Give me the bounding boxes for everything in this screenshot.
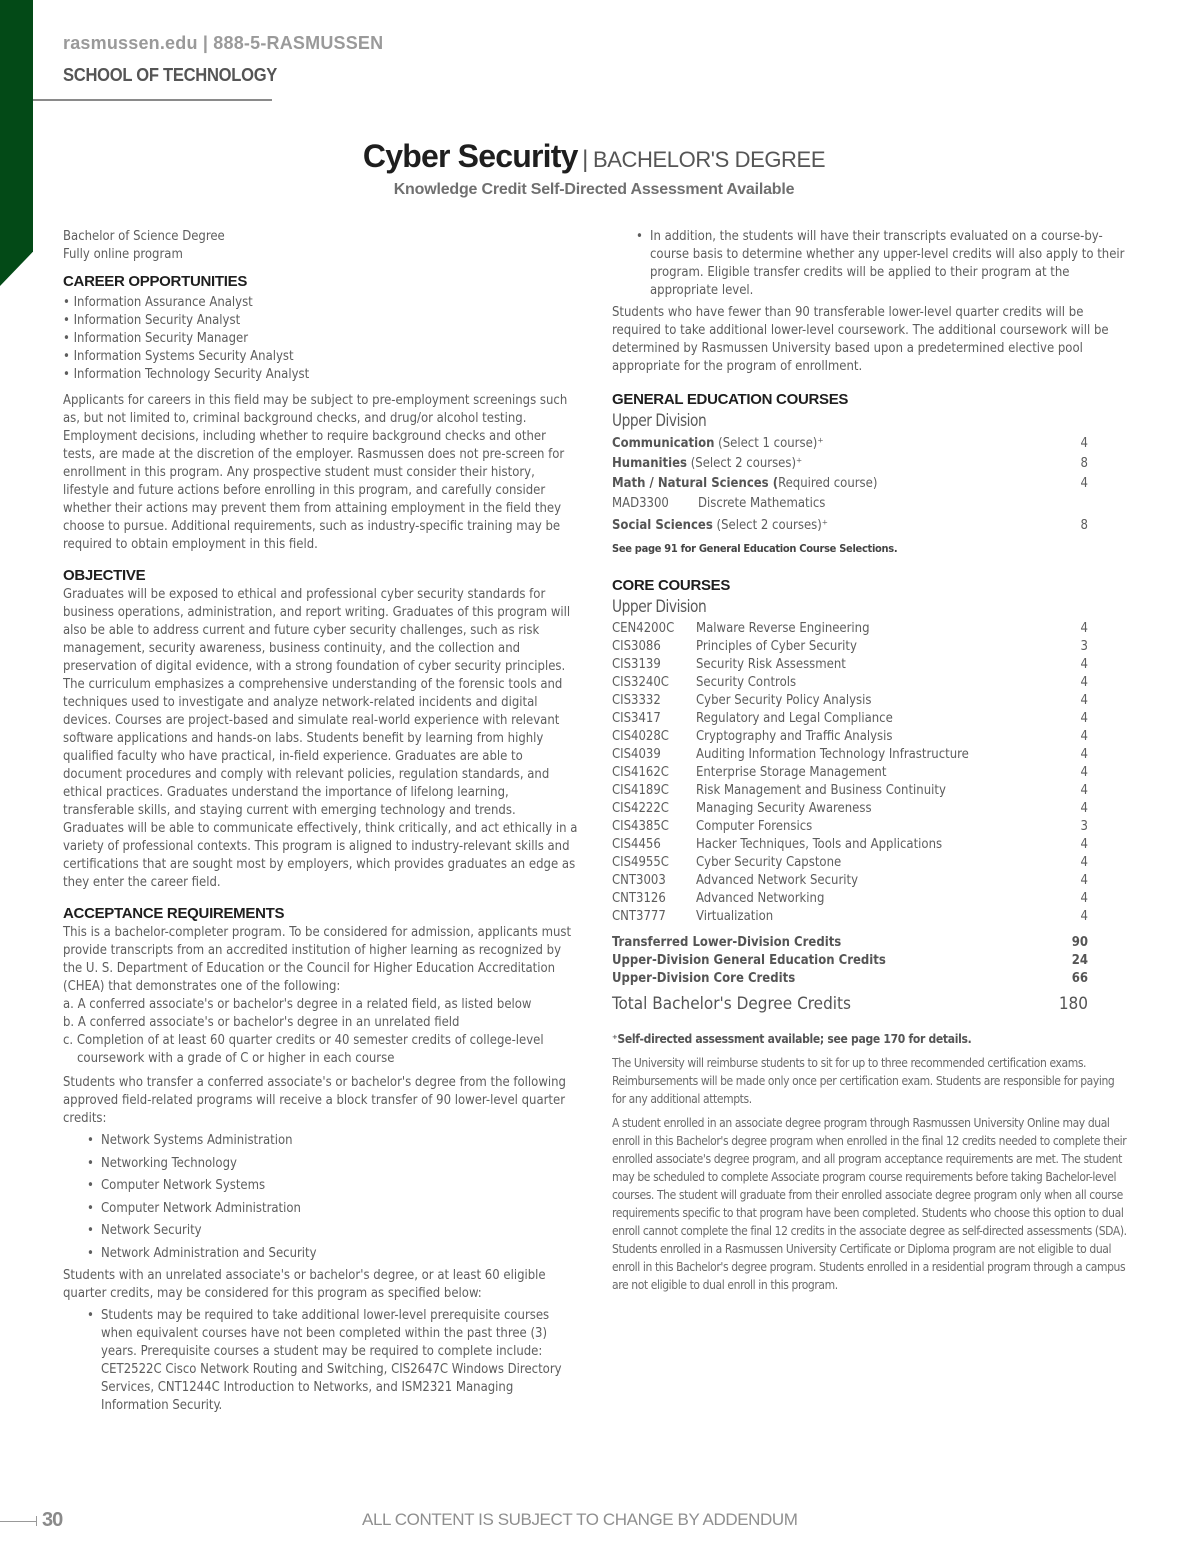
unrelated-bullets: Students may be required to take additio… [63, 1307, 578, 1415]
list-item: Students may be required to take additio… [87, 1307, 578, 1415]
gen-ed-row: Communication (Select 1 course)⁺ 4 [612, 434, 1088, 454]
gen-ed-note[interactable]: See page 91 for General Education Course… [612, 540, 1127, 558]
page-subtitle: Knowledge Credit Self-Directed Assessmen… [0, 181, 1188, 199]
left-column: Bachelor of Science Degree Fully online … [63, 228, 578, 1415]
list-item: Network Security [87, 1222, 578, 1240]
course-credits: 4 [1068, 908, 1088, 926]
course-code: CIS4028C [612, 728, 696, 746]
sda-note[interactable]: ⁺Self-directed assessment available; see… [612, 1030, 1127, 1048]
list-item: Network Systems Administration [87, 1132, 578, 1150]
course-code: CIS3332 [612, 692, 696, 710]
core-course-row: CNT3777 Virtualization4 [612, 908, 1088, 926]
core-course-row: CIS4222CManaging Security Awareness4 [612, 800, 1088, 818]
unrelated-bullets-continued: In addition, the students will have thei… [612, 228, 1126, 300]
core-course-row: CIS4385CComputer Forensics3 [612, 818, 1088, 836]
course-credits: 4 [1068, 656, 1088, 674]
course-code: CIS4039 [612, 746, 696, 764]
page-number: 30 [42, 1509, 62, 1532]
unrelated-intro: Students with an unrelated associate's o… [63, 1267, 578, 1303]
course-code: CIS4385C [612, 818, 696, 836]
page-title-block: Cyber Security | BACHELOR'S DEGREE Knowl… [0, 138, 1188, 199]
course-name: Cryptography and Traffic Analysis [696, 728, 1068, 746]
course-code: CIS3240C [612, 674, 696, 692]
list-item: Computer Network Administration [87, 1200, 578, 1218]
course-name: Regulatory and Legal Compliance [696, 710, 1068, 728]
course-name: Hacker Techniques, Tools and Application… [696, 836, 1068, 854]
acceptance-option-b: b. A conferred associate's or bachelor's… [63, 1014, 578, 1032]
page-title: Cyber Security | BACHELOR'S DEGREE [0, 138, 1188, 175]
credit-totals: Transferred Lower-Division Credits 90 Up… [612, 934, 1127, 1016]
list-item: • Information Systems Security Analyst [63, 348, 578, 366]
course-name: Advanced Network Security [696, 872, 1068, 890]
core-course-row: CNT3003Advanced Network Security4 [612, 872, 1088, 890]
title-separator: | [582, 146, 588, 173]
core-course-row: CIS3417Regulatory and Legal Compliance4 [612, 710, 1088, 728]
list-item: • Information Technology Security Analys… [63, 366, 578, 384]
header-divider [33, 99, 272, 101]
course-name: Discrete Mathematics [698, 494, 825, 514]
course-credits: 3 [1068, 818, 1088, 836]
list-item: In addition, the students will have thei… [636, 228, 1126, 300]
course-code: CNT3003 [612, 872, 696, 890]
list-item: • Information Security Analyst [63, 312, 578, 330]
addendum-notice: ALL CONTENT IS SUBJECT TO CHANGE BY ADDE… [362, 1510, 798, 1530]
gen-ed-division: Upper Division [612, 412, 1076, 430]
course-code: CIS4162C [612, 764, 696, 782]
acceptance-option-c: c. Completion of at least 60 quarter cre… [63, 1032, 578, 1068]
credits-value: 4 [1081, 434, 1088, 454]
course-name: Malware Reverse Engineering [696, 620, 1068, 638]
program-name: Cyber Security [363, 138, 578, 174]
core-course-row: CEN4200CMalware Reverse Engineering4 [612, 620, 1088, 638]
career-disclaimer: Applicants for careers in this field may… [63, 392, 578, 554]
course-credits: 4 [1068, 854, 1088, 872]
course-name: Managing Security Awareness [696, 800, 1068, 818]
acceptance-option-a: a. A conferred associate's or bachelor's… [63, 996, 578, 1014]
course-credits: 4 [1068, 890, 1088, 908]
right-column: In addition, the students will have thei… [612, 228, 1127, 1294]
course-name: Virtualization [696, 908, 1068, 926]
objective-heading: OBJECTIVE [63, 566, 578, 586]
gen-ed-heading: GENERAL EDUCATION COURSES [612, 390, 1127, 410]
core-course-row: CIS3086Principles of Cyber Security3 [612, 638, 1088, 656]
course-code: CNT3126 [612, 890, 696, 908]
core-course-row: CIS4456Hacker Techniques, Tools and Appl… [612, 836, 1088, 854]
course-name: Auditing Information Technology Infrastr… [696, 746, 1068, 764]
site-contact-line[interactable]: rasmussen.edu | 888-5-RASMUSSEN [63, 33, 383, 54]
core-course-row: CIS4955CCyber Security Capstone4 [612, 854, 1088, 872]
school-name: SCHOOL OF TECHNOLOGY [63, 65, 277, 86]
core-course-list: CEN4200CMalware Reverse Engineering4CIS3… [612, 620, 1127, 926]
core-course-row: CIS4039Auditing Information Technology I… [612, 746, 1088, 764]
list-item: Network Administration and Security [87, 1245, 578, 1263]
list-item: Networking Technology [87, 1155, 578, 1173]
course-credits: 4 [1068, 872, 1088, 890]
course-credits: 4 [1068, 620, 1088, 638]
core-course-row: CNT3126Advanced Networking4 [612, 890, 1088, 908]
course-name: Cyber Security Policy Analysis [696, 692, 1068, 710]
course-credits: 4 [1068, 836, 1088, 854]
course-name: Cyber Security Capstone [696, 854, 1068, 872]
core-course-row: CIS3332Cyber Security Policy Analysis4 [612, 692, 1088, 710]
total-row: Transferred Lower-Division Credits 90 [612, 934, 1088, 952]
core-heading: CORE COURSES [612, 576, 1127, 596]
course-code: CIS3417 [612, 710, 696, 728]
course-credits: 4 [1068, 674, 1088, 692]
career-list: • Information Assurance Analyst • Inform… [63, 294, 578, 384]
total-row: Upper-Division General Education Credits… [612, 952, 1088, 970]
course-code: MAD3300 [612, 494, 698, 514]
core-course-row: CIS4189CRisk Management and Business Con… [612, 782, 1088, 800]
career-heading: CAREER OPPORTUNITIES [63, 272, 578, 292]
core-course-row: CIS4028CCryptography and Traffic Analysi… [612, 728, 1088, 746]
course-credits: 4 [1068, 692, 1088, 710]
core-division: Upper Division [612, 598, 1076, 616]
credits-value: 8 [1081, 516, 1088, 536]
acceptance-heading: ACCEPTANCE REQUIREMENTS [63, 904, 578, 924]
course-name: Security Risk Assessment [696, 656, 1068, 674]
course-code: CEN4200C [612, 620, 696, 638]
credits-value: 8 [1081, 454, 1088, 474]
degree-line: Bachelor of Science Degree [63, 228, 578, 246]
course-name: Security Controls [696, 674, 1068, 692]
footer-rule [0, 1521, 36, 1522]
course-code: CIS4189C [612, 782, 696, 800]
credits-value: 4 [1081, 474, 1088, 494]
course-code: CNT3777 [612, 908, 696, 926]
course-credits: 4 [1068, 764, 1088, 782]
course-credits: 4 [1068, 782, 1088, 800]
course-credits: 4 [1068, 800, 1088, 818]
approved-programs-list: Network Systems Administration Networkin… [63, 1132, 578, 1263]
reimbursement-note: The University will reimburse students t… [612, 1054, 1127, 1108]
transfer-intro: Students who transfer a conferred associ… [63, 1074, 578, 1128]
objective-text: Graduates will be exposed to ethical and… [63, 586, 578, 892]
delivery-line: Fully online program [63, 246, 578, 264]
gen-ed-course-row: MAD3300 Discrete Mathematics [612, 494, 1088, 514]
list-item: • Information Assurance Analyst [63, 294, 578, 312]
total-row: Upper-Division Core Credits 66 [612, 970, 1088, 988]
course-code: CIS4222C [612, 800, 696, 818]
gen-ed-row: Social Sciences (Select 2 courses)⁺ 8 [612, 516, 1088, 536]
degree-type: BACHELOR'S DEGREE [593, 147, 825, 172]
dual-enroll-note: A student enrolled in an associate degre… [612, 1114, 1127, 1294]
gen-ed-row: Humanities (Select 2 courses)⁺ 8 [612, 454, 1088, 474]
course-credits: 4 [1068, 728, 1088, 746]
fewer-credits-text: Students who have fewer than 90 transfer… [612, 304, 1127, 376]
course-name: Principles of Cyber Security [696, 638, 1068, 656]
grand-total-row: Total Bachelor's Degree Credits 180 [612, 992, 1088, 1016]
course-name: Advanced Networking [696, 890, 1068, 908]
course-code: CIS4955C [612, 854, 696, 872]
course-name: Computer Forensics [696, 818, 1068, 836]
course-credits: 3 [1068, 638, 1088, 656]
course-code: CIS3139 [612, 656, 696, 674]
course-code: CIS3086 [612, 638, 696, 656]
gen-ed-row: Math / Natural Sciences (Required course… [612, 474, 1088, 494]
footer-rule-tick [36, 1516, 37, 1526]
acceptance-intro: This is a bachelor-completer program. To… [63, 924, 578, 996]
core-course-row: CIS3240CSecurity Controls4 [612, 674, 1088, 692]
course-credits: 4 [1068, 746, 1088, 764]
course-name: Enterprise Storage Management [696, 764, 1068, 782]
list-item: • Information Security Manager [63, 330, 578, 348]
course-code: CIS4456 [612, 836, 696, 854]
core-course-row: CIS4162CEnterprise Storage Management4 [612, 764, 1088, 782]
course-name: Risk Management and Business Continuity [696, 782, 1068, 800]
course-credits: 4 [1068, 710, 1088, 728]
core-course-row: CIS3139Security Risk Assessment4 [612, 656, 1088, 674]
list-item: Computer Network Systems [87, 1177, 578, 1195]
